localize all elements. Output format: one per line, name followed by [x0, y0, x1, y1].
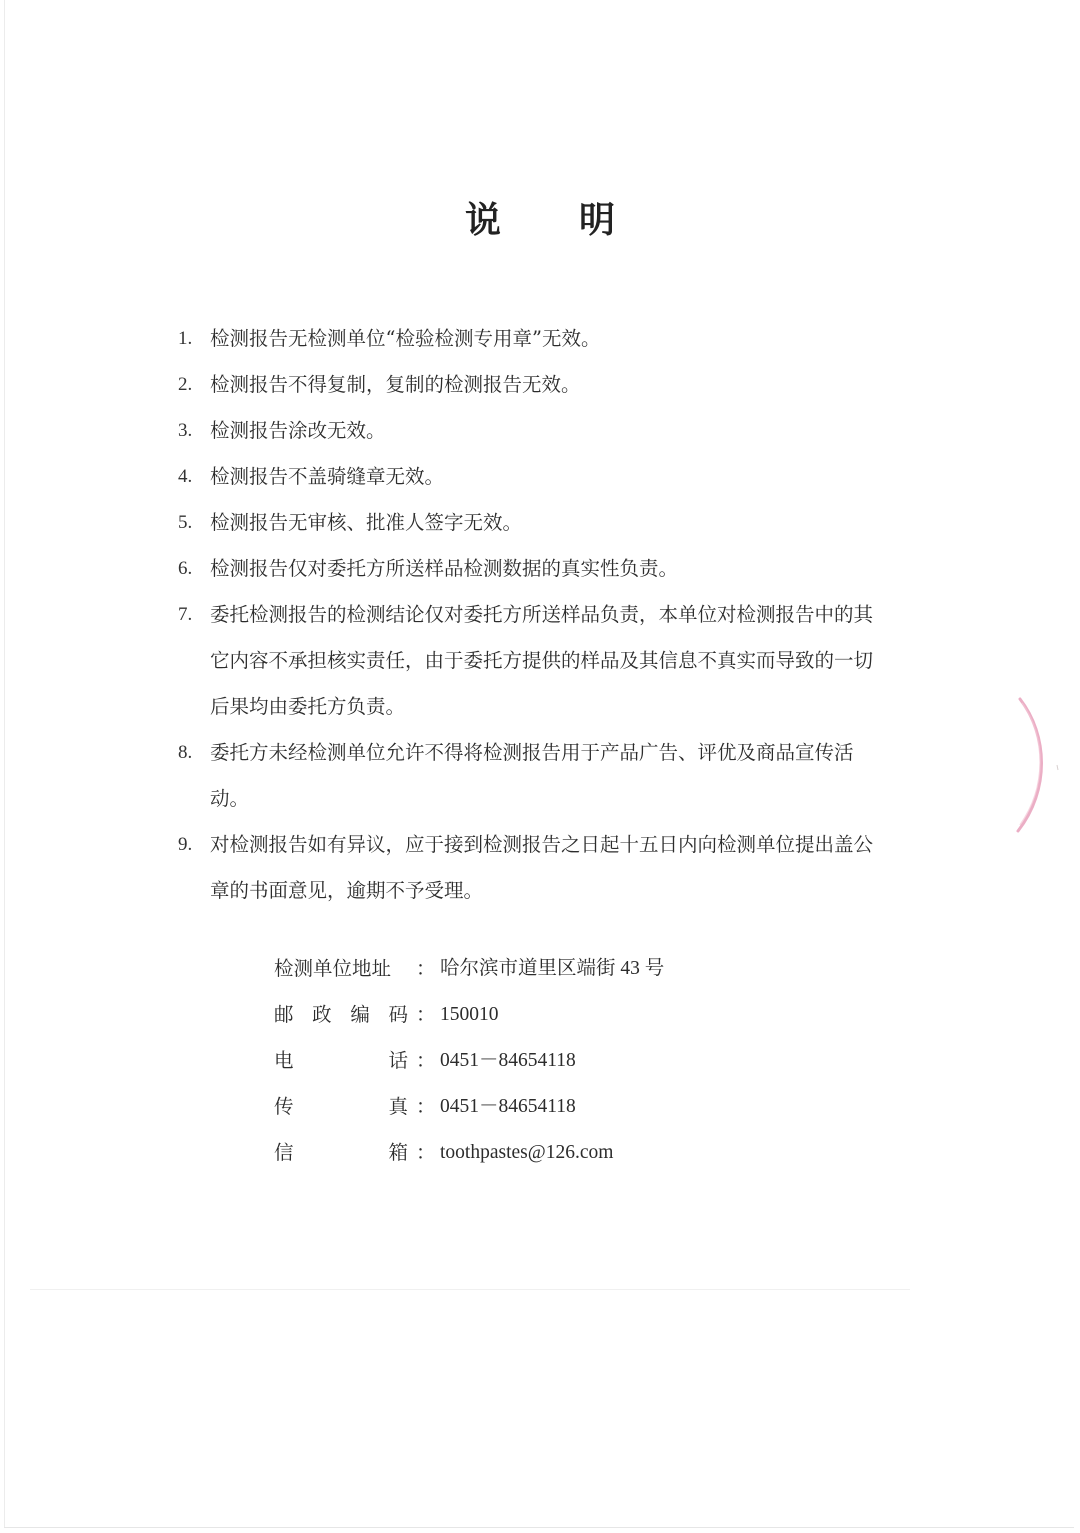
notice-item: 3. 检测报告涂改无效。 — [178, 408, 958, 454]
title-char: 明 — [579, 192, 615, 243]
colon: ： — [416, 1088, 436, 1126]
colon: ： — [416, 1134, 436, 1172]
contact-label: 传 真 — [274, 1088, 408, 1126]
contact-postcode: 邮 政 编 码 ： 150010 — [274, 996, 774, 1042]
notice-item: 8. 委托方未经检测单位允许不得将检测报告用于产品广告、评优及商品宣传活 动。 — [178, 730, 958, 822]
colon: ： — [416, 996, 436, 1034]
item-text: 检测报告无审核、批准人签字无效。 — [210, 500, 958, 546]
document-page: 说明 1. 检测报告无检测单位“检验检测专用章”无效。 2. 检测报告不得复制，… — [0, 0, 1080, 1533]
contact-value: toothpastes@126.com — [440, 1134, 613, 1172]
item-text: 检测报告仅对委托方所送样品检测数据的真实性负责。 — [210, 546, 958, 592]
scan-artifact-line — [30, 1289, 910, 1290]
item-number: 6. — [178, 546, 210, 592]
contact-info: 检测单位地址 ： 哈尔滨市道里区端街 43 号 邮 政 编 码 ： 150010… — [274, 950, 774, 1180]
scan-edge — [4, 1527, 1074, 1528]
item-text-line: 对检测报告如有异议，应于接到检测报告之日起十五日内向检测单位提出盖公 — [210, 822, 958, 868]
contact-value: 哈尔滨市道里区端街 43 号 — [440, 950, 664, 988]
item-number: 2. — [178, 362, 210, 408]
item-number: 8. — [178, 730, 210, 776]
contact-label: 电 话 — [274, 1042, 408, 1080]
notice-list: 1. 检测报告无检测单位“检验检测专用章”无效。 2. 检测报告不得复制，复制的… — [178, 316, 958, 914]
contact-label: 信 箱 — [274, 1134, 408, 1172]
colon: ： — [416, 950, 436, 988]
contact-fax: 传 真 ： 0451－84654118 — [274, 1088, 774, 1134]
notice-item: 2. 检测报告不得复制，复制的检测报告无效。 — [178, 362, 958, 408]
item-text-line: 章的书面意见，逾期不予受理。 — [210, 868, 958, 914]
seal-fragment-icon — [1010, 695, 1060, 835]
colon: ： — [416, 1042, 436, 1080]
item-number: 4. — [178, 454, 210, 500]
item-text: 检测报告不得复制，复制的检测报告无效。 — [210, 362, 958, 408]
item-text-line: 委托方未经检测单位允许不得将检测报告用于产品广告、评优及商品宣传活 — [210, 730, 958, 776]
notice-item: 7. 委托检测报告的检测结论仅对委托方所送样品负责，本单位对检测报告中的其 它内… — [178, 592, 958, 730]
item-number: 3. — [178, 408, 210, 454]
item-text: 检测报告无检测单位“检验检测专用章”无效。 — [210, 316, 958, 362]
item-text-line: 后果均由委托方负责。 — [210, 684, 958, 730]
notice-item: 6. 检测报告仅对委托方所送样品检测数据的真实性负责。 — [178, 546, 958, 592]
contact-label: 邮 政 编 码 — [274, 996, 408, 1034]
item-text: 检测报告涂改无效。 — [210, 408, 958, 454]
notice-item: 1. 检测报告无检测单位“检验检测专用章”无效。 — [178, 316, 958, 362]
notice-item: 9. 对检测报告如有异议，应于接到检测报告之日起十五日内向检测单位提出盖公 章的… — [178, 822, 958, 914]
contact-value: 0451－84654118 — [440, 1042, 576, 1080]
item-text-line: 委托检测报告的检测结论仅对委托方所送样品负责，本单位对检测报告中的其 — [210, 592, 958, 638]
page-title: 说明 — [0, 192, 1080, 243]
item-text-line: 它内容不承担核实责任，由于委托方提供的样品及其信息不真实而导致的一切 — [210, 638, 958, 684]
contact-phone: 电 话 ： 0451－84654118 — [274, 1042, 774, 1088]
item-number: 5. — [178, 500, 210, 546]
item-text: 检测报告不盖骑缝章无效。 — [210, 454, 958, 500]
contact-address: 检测单位地址 ： 哈尔滨市道里区端街 43 号 — [274, 950, 774, 996]
item-number: 7. — [178, 592, 210, 638]
contact-email: 信 箱 ： toothpastes@126.com — [274, 1134, 774, 1180]
title-char: 说 — [465, 192, 501, 243]
notice-item: 4. 检测报告不盖骑缝章无效。 — [178, 454, 958, 500]
item-number: 1. — [178, 316, 210, 362]
item-number: 9. — [178, 822, 210, 868]
contact-value: 0451－84654118 — [440, 1088, 576, 1126]
notice-item: 5. 检测报告无审核、批准人签字无效。 — [178, 500, 958, 546]
contact-value: 150010 — [440, 996, 499, 1034]
contact-label: 检测单位地址 — [274, 950, 408, 988]
item-text-line: 动。 — [210, 776, 958, 822]
